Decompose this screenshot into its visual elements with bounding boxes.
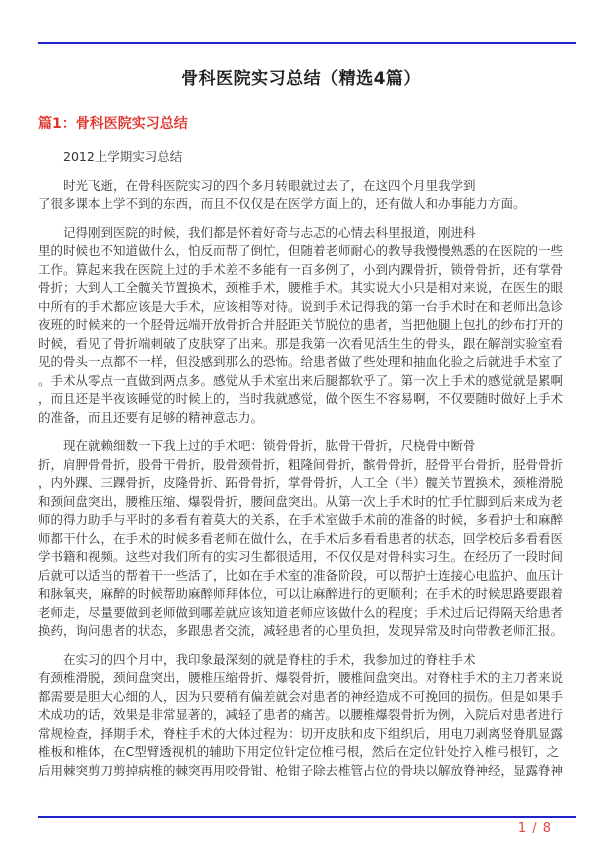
top-divider (38, 42, 576, 44)
document-page: 骨科医院实习总结（精选4篇） 篇1：骨科医院实习总结 2012上学期实习总结时光… (0, 0, 600, 849)
page-number-indicator: 1 / 8 (518, 821, 552, 836)
paragraph: 2012上学期实习总结 (38, 148, 564, 167)
document-content: 骨科医院实习总结（精选4篇） 篇1：骨科医院实习总结 2012上学期实习总结时光… (38, 66, 564, 790)
article-body: 2012上学期实习总结时光飞逝，在骨科医院实习的四个多月转眼就过去了，在这四个月… (38, 148, 564, 780)
paragraph: 现在就赖细数一下我上过的手术吧：锁骨骨折，肱骨干骨折，尺桡骨中断骨 折，肩胛骨骨… (38, 437, 564, 641)
bottom-divider (38, 816, 576, 818)
document-title: 骨科医院实习总结（精选4篇） (38, 66, 564, 92)
section-heading: 篇1：骨科医院实习总结 (38, 114, 564, 134)
paragraph: 时光飞逝，在骨科医院实习的四个多月转眼就过去了，在这四个月里我学到 了很多课本上… (38, 177, 564, 214)
paragraph: 在实习的四个月中，我印象最深刻的就是脊柱的手术，我参加过的脊柱手术 有颈椎滑脱，… (38, 651, 564, 781)
paragraph: 记得刚到医院的时候，我们都是怀着好奇与忐忑的心情去科里报道，刚进科 里的时候也不… (38, 224, 564, 428)
